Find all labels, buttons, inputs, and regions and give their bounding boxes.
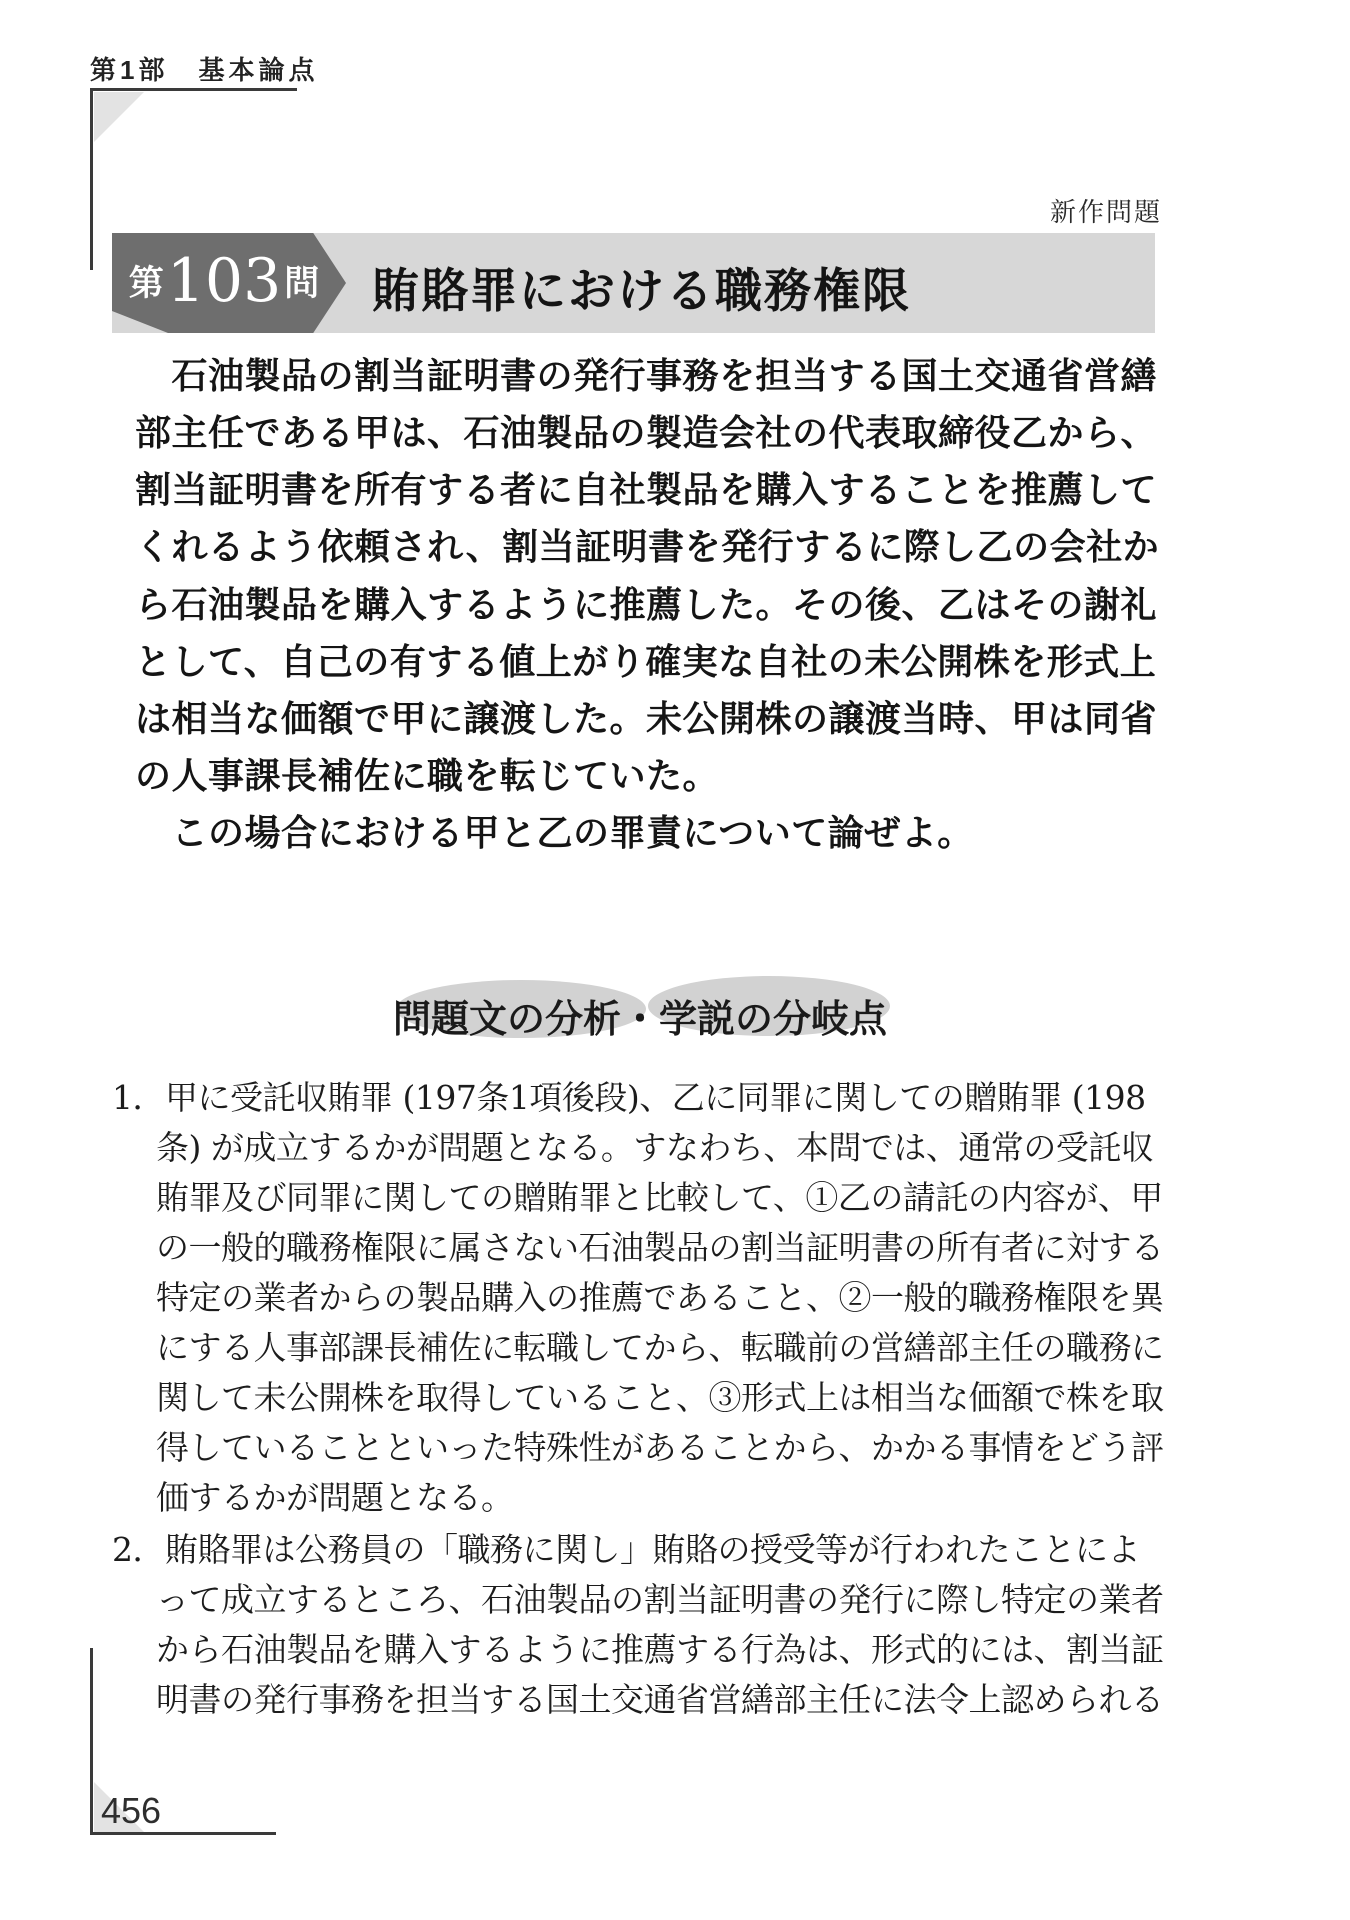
- problem-line: は相当な価額で甲に譲渡した。未公開株の譲渡当時、甲は同省: [135, 699, 1159, 739]
- question-number: 第 103 問: [126, 233, 322, 333]
- problem-line: くれるよう依頼され、割当証明書を発行するに際し乙の会社か: [135, 527, 1159, 567]
- problem-line: の人事課長補佐に職を転じていた。: [135, 756, 1159, 796]
- question-suffix: 問: [284, 266, 319, 301]
- question-prefix: 第: [129, 266, 164, 301]
- bottom-left-vertical-line: [90, 1648, 93, 1835]
- top-rule: [90, 88, 297, 91]
- analysis-item2-line: 2．賄賂罪は公務員の「職務に関し」賄賂の授受等が行われたことによ: [112, 1531, 1142, 1568]
- analysis-item2-line: から石油製品を購入するように推薦する行為は、形式的には、割当証: [156, 1631, 1186, 1668]
- question-number-digits: 103: [167, 251, 282, 311]
- analysis-item1-line: 関して未公開株を取得していること、③形式上は相当な価額で株を取: [156, 1379, 1186, 1416]
- top-left-vertical-line: [90, 88, 93, 270]
- analysis-item1-line: の一般的職務権限に属さない石油製品の割当証明書の所有者に対する: [156, 1229, 1186, 1266]
- problem-line: 石油製品の割当証明書の発行事務を担当する国土交通省営繕: [135, 356, 1159, 396]
- page-title: 賄賂罪における職務権限: [372, 254, 911, 321]
- problem-line: として、自己の有する値上がり確実な自社の未公開株を形式上: [135, 642, 1159, 682]
- analysis-item1-line: 1．甲に受託収賄罪 (197条1項後段)、乙に同罪に関しての贈賄罪 (198: [112, 1079, 1142, 1116]
- problem-line: 割当証明書を所有する者に自社製品を購入することを推薦して: [135, 470, 1159, 510]
- top-corner-triangle: [94, 92, 144, 142]
- breadcrumb: 第1部 基本論点: [90, 50, 318, 87]
- analysis-item2-line: って成立するところ、石油製品の割当証明書の発行に際し特定の業者: [156, 1581, 1186, 1618]
- analysis-item1-line: 特定の業者からの製品購入の推薦であること、②一般的職務権限を異: [156, 1279, 1186, 1316]
- analysis-item2-line: 明書の発行事務を担当する国土交通省営繕部主任に法令上認められる: [156, 1681, 1186, 1718]
- bottom-rule: [90, 1832, 276, 1835]
- problem-line: 部主任である甲は、石油製品の製造会社の代表取締役乙から、: [135, 413, 1159, 453]
- problem-line: ら石油製品を購入するように推薦した。その後、乙はその謝礼: [135, 585, 1159, 625]
- new-problem-label: 新作問題: [960, 192, 1162, 229]
- analysis-item1-line: 条) が成立するかが問題となる。すなわち、本問では、通常の受託収: [156, 1129, 1186, 1166]
- section-heading: 問題文の分析・学説の分岐点: [340, 988, 940, 1043]
- analysis-item1-line: 得していることといった特殊性があることから、かかる事情をどう評: [156, 1429, 1186, 1466]
- problem-line: この場合における甲と乙の罪責について論ぜよ。: [135, 813, 1159, 853]
- page-number: 456: [101, 1790, 161, 1832]
- analysis-item1-line: 賄罪及び同罪に関しての贈賄罪と比較して、①乙の請託の内容が、甲: [156, 1179, 1186, 1216]
- analysis-item1-line: 価するかが問題となる。: [156, 1479, 1186, 1516]
- analysis-item1-line: にする人事部課長補佐に転職してから、転職前の営繕部主任の職務に: [156, 1329, 1186, 1366]
